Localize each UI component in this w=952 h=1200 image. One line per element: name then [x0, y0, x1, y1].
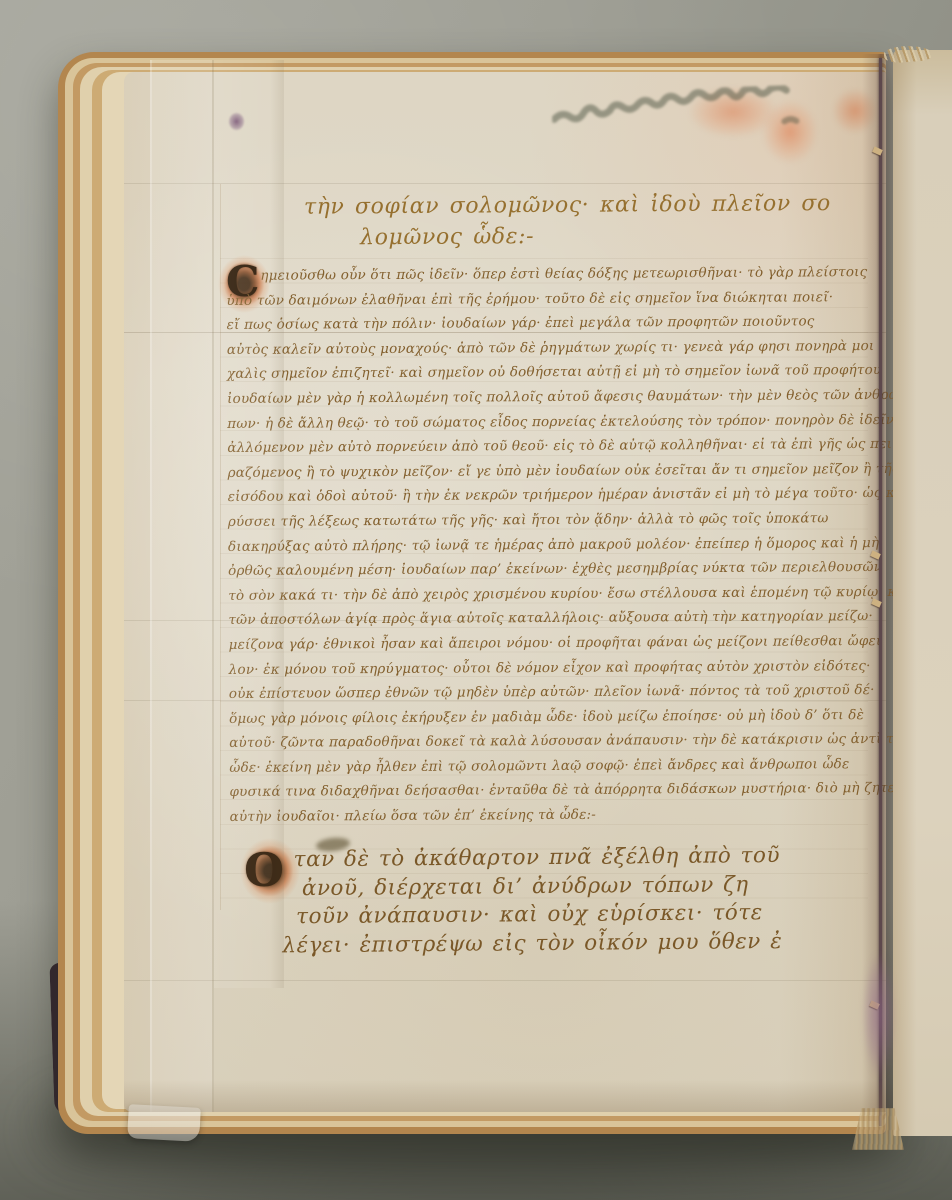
commentary-text-block: ημειοῦσθω οὖν ὅτι πῶς ἰδεῖν· ὅπερ ἐστὶ θ…	[226, 260, 877, 830]
gospel-line: ταν δὲ τὸ ἀκάθαρτον πνᾶ ἐξέλθη ἀπὸ τοῦ	[228, 841, 876, 875]
crease-line	[124, 183, 886, 184]
commentary-line: ημειοῦσθω οὖν ὅτι πῶς ἰδεῖν· ὅπερ ἐστὶ θ…	[226, 260, 874, 289]
title-line: τὴν σοφίαν σολομῶνος· καὶ ἰδοὺ πλεῖον σο	[228, 188, 868, 223]
purple-gutter-stain	[862, 952, 896, 1078]
commentary-line: φυσικά τινα διδαχθῆναι δεήσασθαι· ἐνταῦθ…	[229, 776, 877, 805]
title-line: λομῶνος ὧδε:-	[228, 219, 868, 254]
commentary-line: εἴ πως ὁσίως κατὰ τὴν πόλιν· ἰουδαίων γά…	[227, 309, 875, 338]
facing-page-edge	[893, 50, 952, 1136]
commentary-line: μείζονα γάρ· ἐθνικοὶ ἦσαν καὶ ἄπειροι νό…	[229, 629, 877, 658]
section-heading: τὴν σοφίαν σολομῶνος· καὶ ἰδοὺ πλεῖον σο…	[228, 188, 868, 254]
gospel-text-block: ταν δὲ τὸ ἀκάθαρτον πνᾶ ἐξέλθη ἀπὸ τοῦ ἀ…	[228, 841, 877, 961]
commentary-line: ἀλλόμενον μὲν αὐτὸ πορνεύειν ἀπὸ τοῦ θεο…	[227, 432, 875, 461]
commentary-line: αὐτὴν ἰουδαῖοι· πλείω ὅσα τῶν ἐπ’ ἐκείνη…	[230, 801, 878, 830]
page-bottom-shading	[124, 1080, 886, 1112]
crease-line	[124, 980, 886, 981]
commentary-line: ρύσσει τῆς λέξεως κατωτάτω τῆς γῆς· καὶ …	[228, 506, 876, 535]
gospel-line: λέγει· ἐπιστρέψω εἰς τὸν οἶκόν μου ὅθεν …	[228, 927, 876, 961]
commentary-line: αὐτοῦ· ζῶντα παραδοθῆναι δοκεῖ τὰ καλὰ λ…	[229, 727, 877, 756]
commentary-line: οὐκ ἐπίστευον ὥσπερ ἐθνῶν τῷ μηδὲν ὑπὲρ …	[229, 678, 877, 707]
commentary-line: ὀρθῶς καλουμένη μέση· ἰουδαίων παρ’ ἐκεί…	[228, 555, 876, 584]
commentary-line: ἰουδαίων μὲν γὰρ ἡ κολλωμένη τοῖς πολλοῖ…	[227, 383, 875, 412]
